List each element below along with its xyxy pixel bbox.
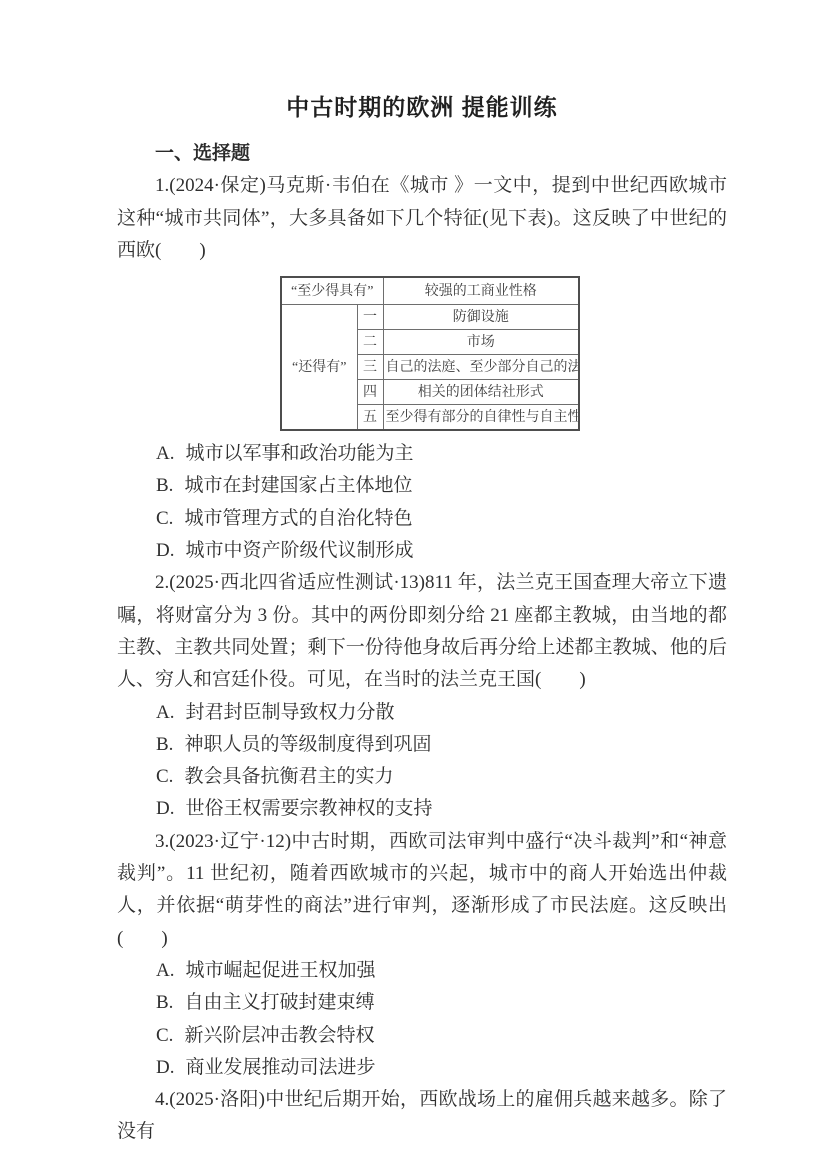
option-label: C. [156,766,173,787]
question-number: 2. [155,572,169,593]
option-b: B.神职人员的等级制度得到巩固 [117,729,727,761]
option-c: C.教会具备抗衡君主的实力 [117,761,727,793]
question-3: 3.(2023·辽宁·12)中古时期，西欧司法审判中盛行“决斗裁判”和“神意裁判… [117,826,727,1084]
option-text: 教会具备抗衡君主的实力 [184,766,393,787]
option-label: C. [156,508,173,529]
option-c: C.新兴阶层冲击教会特权 [117,1020,727,1052]
option-a: A.封君封臣制导致权力分散 [117,697,727,729]
table-cell-row1-label: “至少得具有” [281,277,383,305]
question-number: 4. [155,1089,169,1110]
question-stem: 1.(2024·保定)马克斯·韦伯在《城市 》一文中，提到中世纪西欧城市这种“城… [117,170,727,267]
option-b: B.城市在封建国家占主体地位 [117,470,727,502]
option-c: C.城市管理方式的自治化特色 [117,503,727,535]
question-1: 1.(2024·保定)马克斯·韦伯在《城市 》一文中，提到中世纪西欧城市这种“城… [117,170,727,567]
option-label: C. [156,1025,173,1046]
option-a: A.城市以军事和政治功能为主 [117,438,727,470]
question-4: 4.(2025·洛阳)中世纪后期开始，西欧战场上的雇佣兵越来越多。除了没有 [117,1084,727,1149]
table-cell-num: 五 [357,405,383,431]
section-heading: 一、选择题 [117,138,727,170]
option-label: A. [156,443,174,464]
option-label: A. [156,960,174,981]
table-cell-row1-value: 较强的工商业性格 [383,277,579,305]
option-text: 自由主义打破封建束缚 [184,992,374,1013]
option-text: 封君封臣制导致权力分散 [185,702,394,723]
table-cell-text: 相关的团体结社形式 [383,380,579,405]
option-text: 新兴阶层冲击教会特权 [184,1025,374,1046]
table-cell-text: 自己的法庭、至少部分自己的法律 [383,355,579,380]
option-label: D. [156,540,174,561]
table-cell-text: 市场 [383,330,579,355]
question-number: 1. [155,175,169,196]
table-cell-num: 一 [357,305,383,330]
question-stem: 4.(2025·洛阳)中世纪后期开始，西欧战场上的雇佣兵越来越多。除了没有 [117,1084,727,1149]
option-text: 世俗王权需要宗教神权的支持 [185,798,432,819]
option-text: 城市中资产阶级代议制形成 [185,540,413,561]
option-text: 城市在封建国家占主体地位 [184,475,412,496]
question-text: (2024·保定)马克斯·韦伯在《城市 》一文中，提到中世纪西欧城市这种“城市共… [117,175,727,261]
question-text: (2025·洛阳)中世纪后期开始，西欧战场上的雇佣兵越来越多。除了没有 [117,1089,727,1142]
option-text: 商业发展推动司法进步 [185,1057,375,1078]
table-row: “还得有” 一 防御设施 [281,305,579,330]
option-text: 城市以军事和政治功能为主 [185,443,413,464]
table-cell-num: 四 [357,380,383,405]
q1-feature-table: “至少得具有” 较强的工商业性格 “还得有” 一 防御设施 二 市场 三 自己的… [280,276,580,431]
page-content: 中古时期的欧洲 提能训练 一、选择题 1.(2024·保定)马克斯·韦伯在《城市… [0,0,827,1149]
question-text: (2023·辽宁·12)中古时期，西欧司法审判中盛行“决斗裁判”和“神意裁判”。… [117,831,727,949]
question-stem: 2.(2025·西北四省适应性测试·13)811 年，法兰克王国查理大帝立下遗嘱… [117,567,727,696]
options-list: A.城市崛起促进王权加强 B.自由主义打破封建束缚 C.新兴阶层冲击教会特权 D… [117,955,727,1084]
option-text: 城市管理方式的自治化特色 [184,508,412,529]
question-stem: 3.(2023·辽宁·12)中古时期，西欧司法审判中盛行“决斗裁判”和“神意裁判… [117,826,727,955]
question-text: (2025·西北四省适应性测试·13)811 年，法兰克王国查理大帝立下遗嘱，将… [117,572,727,690]
document-page: 中古时期的欧洲 提能训练 一、选择题 1.(2024·保定)马克斯·韦伯在《城市… [0,0,827,1169]
option-d: D.商业发展推动司法进步 [117,1052,727,1084]
option-label: D. [156,798,174,819]
page-title: 中古时期的欧洲 提能训练 [117,90,727,124]
table-cell-text: 至少得有部分的自律性与自主性 [383,405,579,431]
option-a: A.城市崛起促进王权加强 [117,955,727,987]
option-text: 神职人员的等级制度得到巩固 [184,734,431,755]
option-d: D.世俗王权需要宗教神权的支持 [117,793,727,825]
option-b: B.自由主义打破封建束缚 [117,987,727,1019]
option-label: B. [156,734,173,755]
option-label: B. [156,992,173,1013]
question-2: 2.(2025·西北四省适应性测试·13)811 年，法兰克王国查理大帝立下遗嘱… [117,567,727,825]
table-row: “至少得具有” 较强的工商业性格 [281,277,579,305]
option-text: 城市崛起促进王权加强 [185,960,375,981]
options-list: A.城市以军事和政治功能为主 B.城市在封建国家占主体地位 C.城市管理方式的自… [117,438,727,567]
option-label: D. [156,1057,174,1078]
table-cell-text: 防御设施 [383,305,579,330]
table-cell-num: 二 [357,330,383,355]
table-cell-num: 三 [357,355,383,380]
option-label: A. [156,702,174,723]
option-label: B. [156,475,173,496]
options-list: A.封君封臣制导致权力分散 B.神职人员的等级制度得到巩固 C.教会具备抗衡君主… [117,697,727,826]
table-cell-group-label: “还得有” [281,305,357,431]
question-number: 3. [155,831,169,852]
option-d: D.城市中资产阶级代议制形成 [117,535,727,567]
